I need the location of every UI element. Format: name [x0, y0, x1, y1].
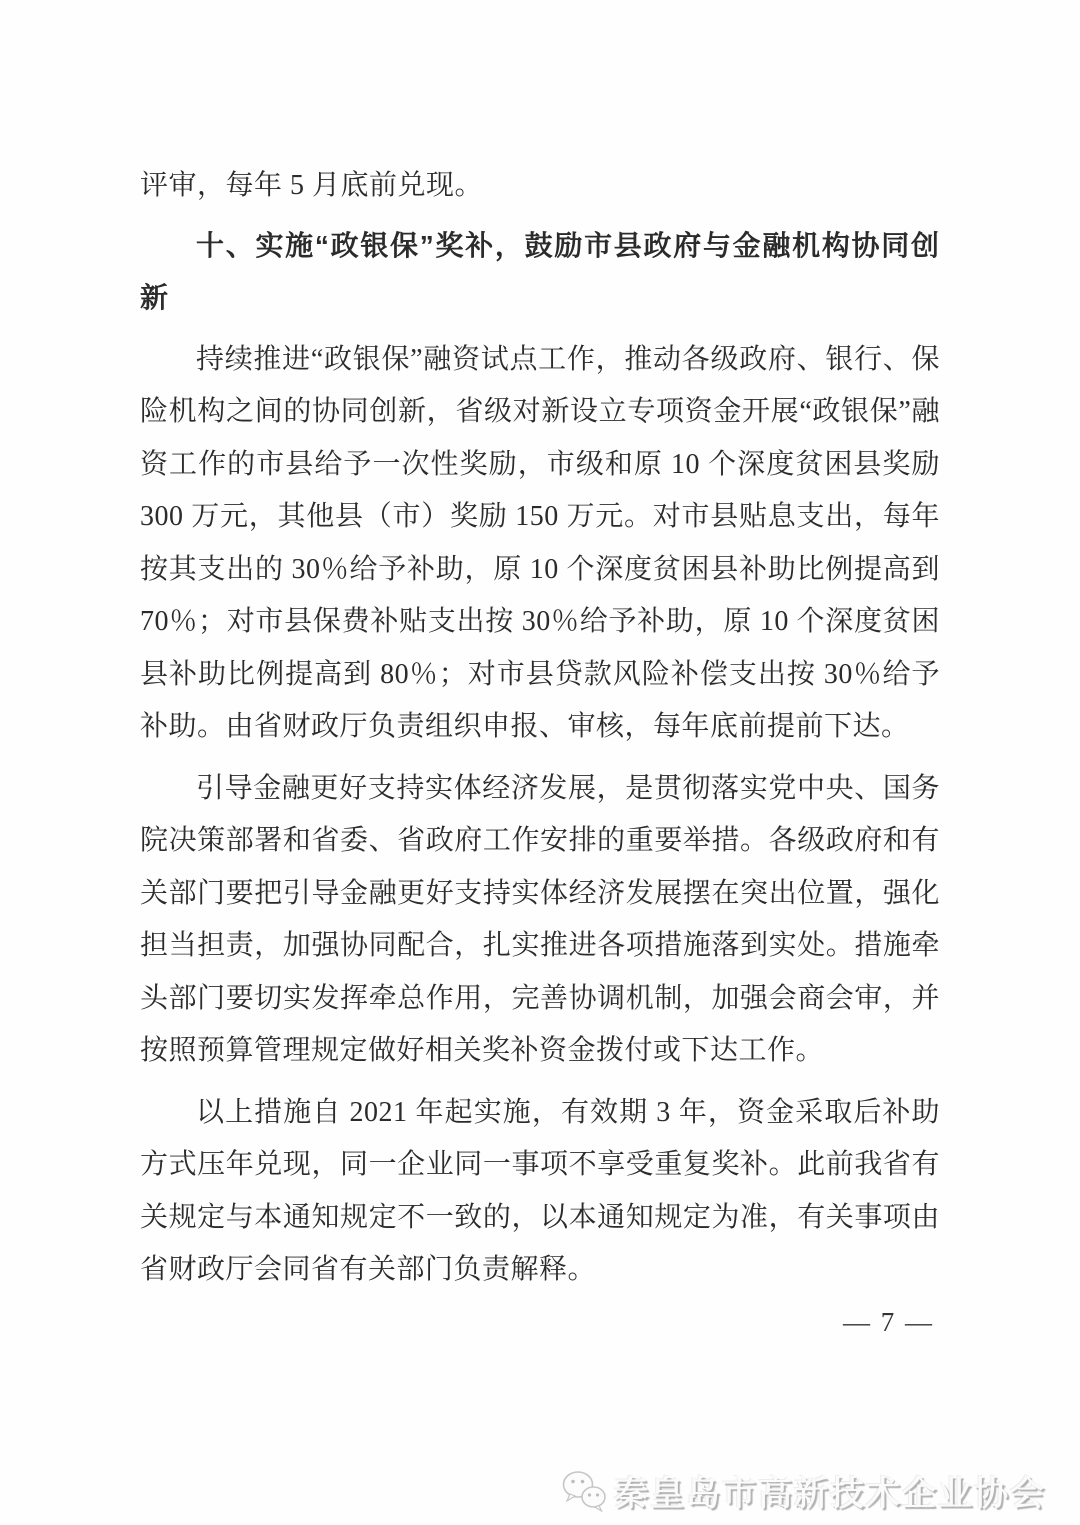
- wechat-icon: [560, 1468, 608, 1514]
- page-number: — 7 —: [140, 1302, 940, 1342]
- body-paragraph: 持续推进“政银保”融资试点工作，推动各级政府、银行、保险机构之间的协同创新，省级…: [140, 334, 940, 754]
- body-paragraph: 引导金融更好支持实体经济发展，是贯彻落实党中央、国务院决策部署和省委、省政府工作…: [140, 763, 940, 1078]
- document-text-block: 评审，每年 5 月底前兑现。 十、实施“政银保”奖补，鼓励市县政府与金融机构协同…: [140, 160, 940, 1342]
- watermark-text: 秦皇岛市高新技术企业协会: [614, 1466, 1046, 1515]
- document-page: 评审，每年 5 月底前兑现。 十、实施“政银保”奖补，鼓励市县政府与金融机构协同…: [0, 0, 1080, 1525]
- body-paragraph: 以上措施自 2021 年起实施，有效期 3 年，资金采取后补助方式压年兑现，同一…: [140, 1087, 940, 1297]
- footer-watermark: 秦皇岛市高新技术企业协会: [560, 1466, 1046, 1515]
- section-heading: 十、实施“政银保”奖补，鼓励市县政府与金融机构协同创新: [140, 220, 940, 325]
- body-paragraph-continuation: 评审，每年 5 月底前兑现。: [140, 160, 940, 213]
